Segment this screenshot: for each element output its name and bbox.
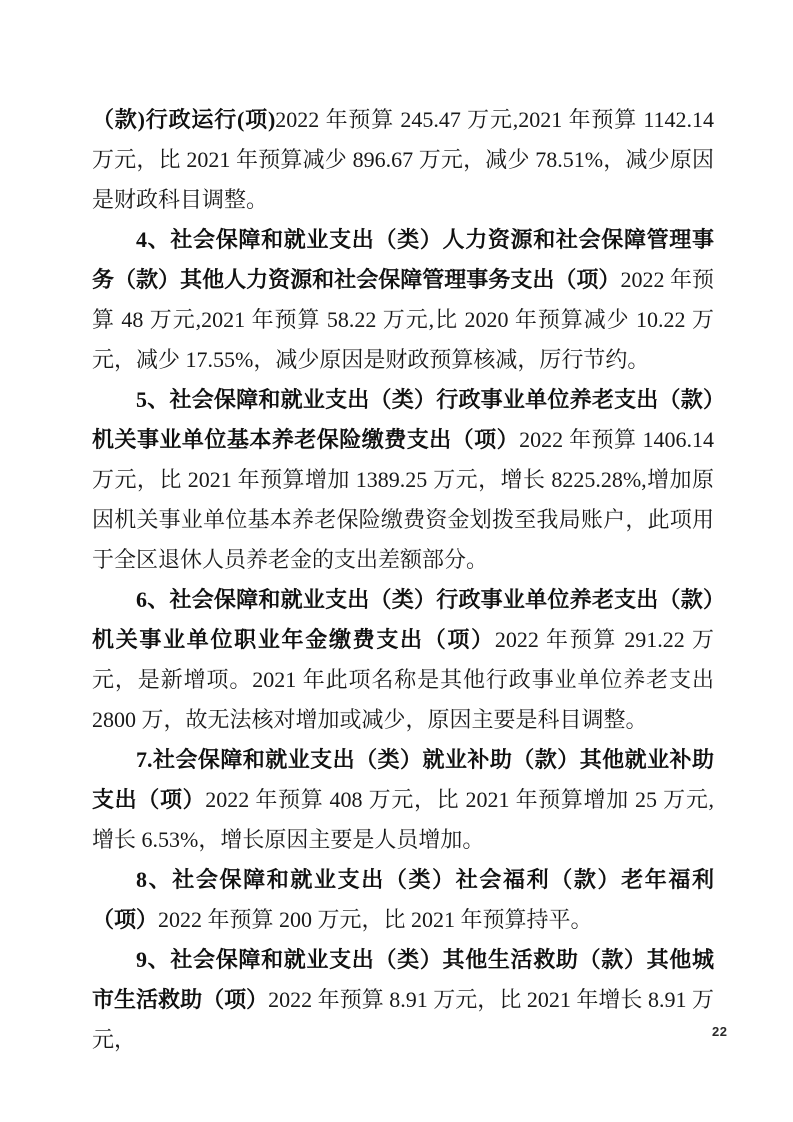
page-number: 22 (712, 1024, 727, 1039)
paragraph: 4、社会保障和就业支出（类）人力资源和社会保障管理事务（款）其他人力资源和社会保… (92, 220, 714, 380)
paragraph: 5、社会保障和就业支出（类）行政事业单位养老支出（款）机关事业单位基本养老保险缴… (92, 380, 714, 580)
paragraph: （款)行政运行(项)2022 年预算 245.47 万元,2021 年预算 11… (92, 100, 714, 220)
paragraph-text: 2022 年预算 200 万元，比 2021 年预算持平。 (158, 907, 593, 932)
document-text-block: （款)行政运行(项)2022 年预算 245.47 万元,2021 年预算 11… (92, 100, 714, 1060)
paragraph: 8、社会保障和就业支出（类）社会福利（款）老年福利（项）2022 年预算 200… (92, 860, 714, 940)
document-page: （款)行政运行(项)2022 年预算 245.47 万元,2021 年预算 11… (0, 0, 793, 1122)
paragraph: 7.社会保障和就业支出（类）就业补助（款）其他就业补助支出（项）2022 年预算… (92, 740, 714, 860)
paragraph: 9、社会保障和就业支出（类）其他生活救助（款）其他城市生活救助（项）2022 年… (92, 940, 714, 1060)
paragraph: 6、社会保障和就业支出（类）行政事业单位养老支出（款）机关事业单位职业年金缴费支… (92, 580, 714, 740)
paragraph-heading: （款)行政运行(项) (92, 107, 275, 132)
